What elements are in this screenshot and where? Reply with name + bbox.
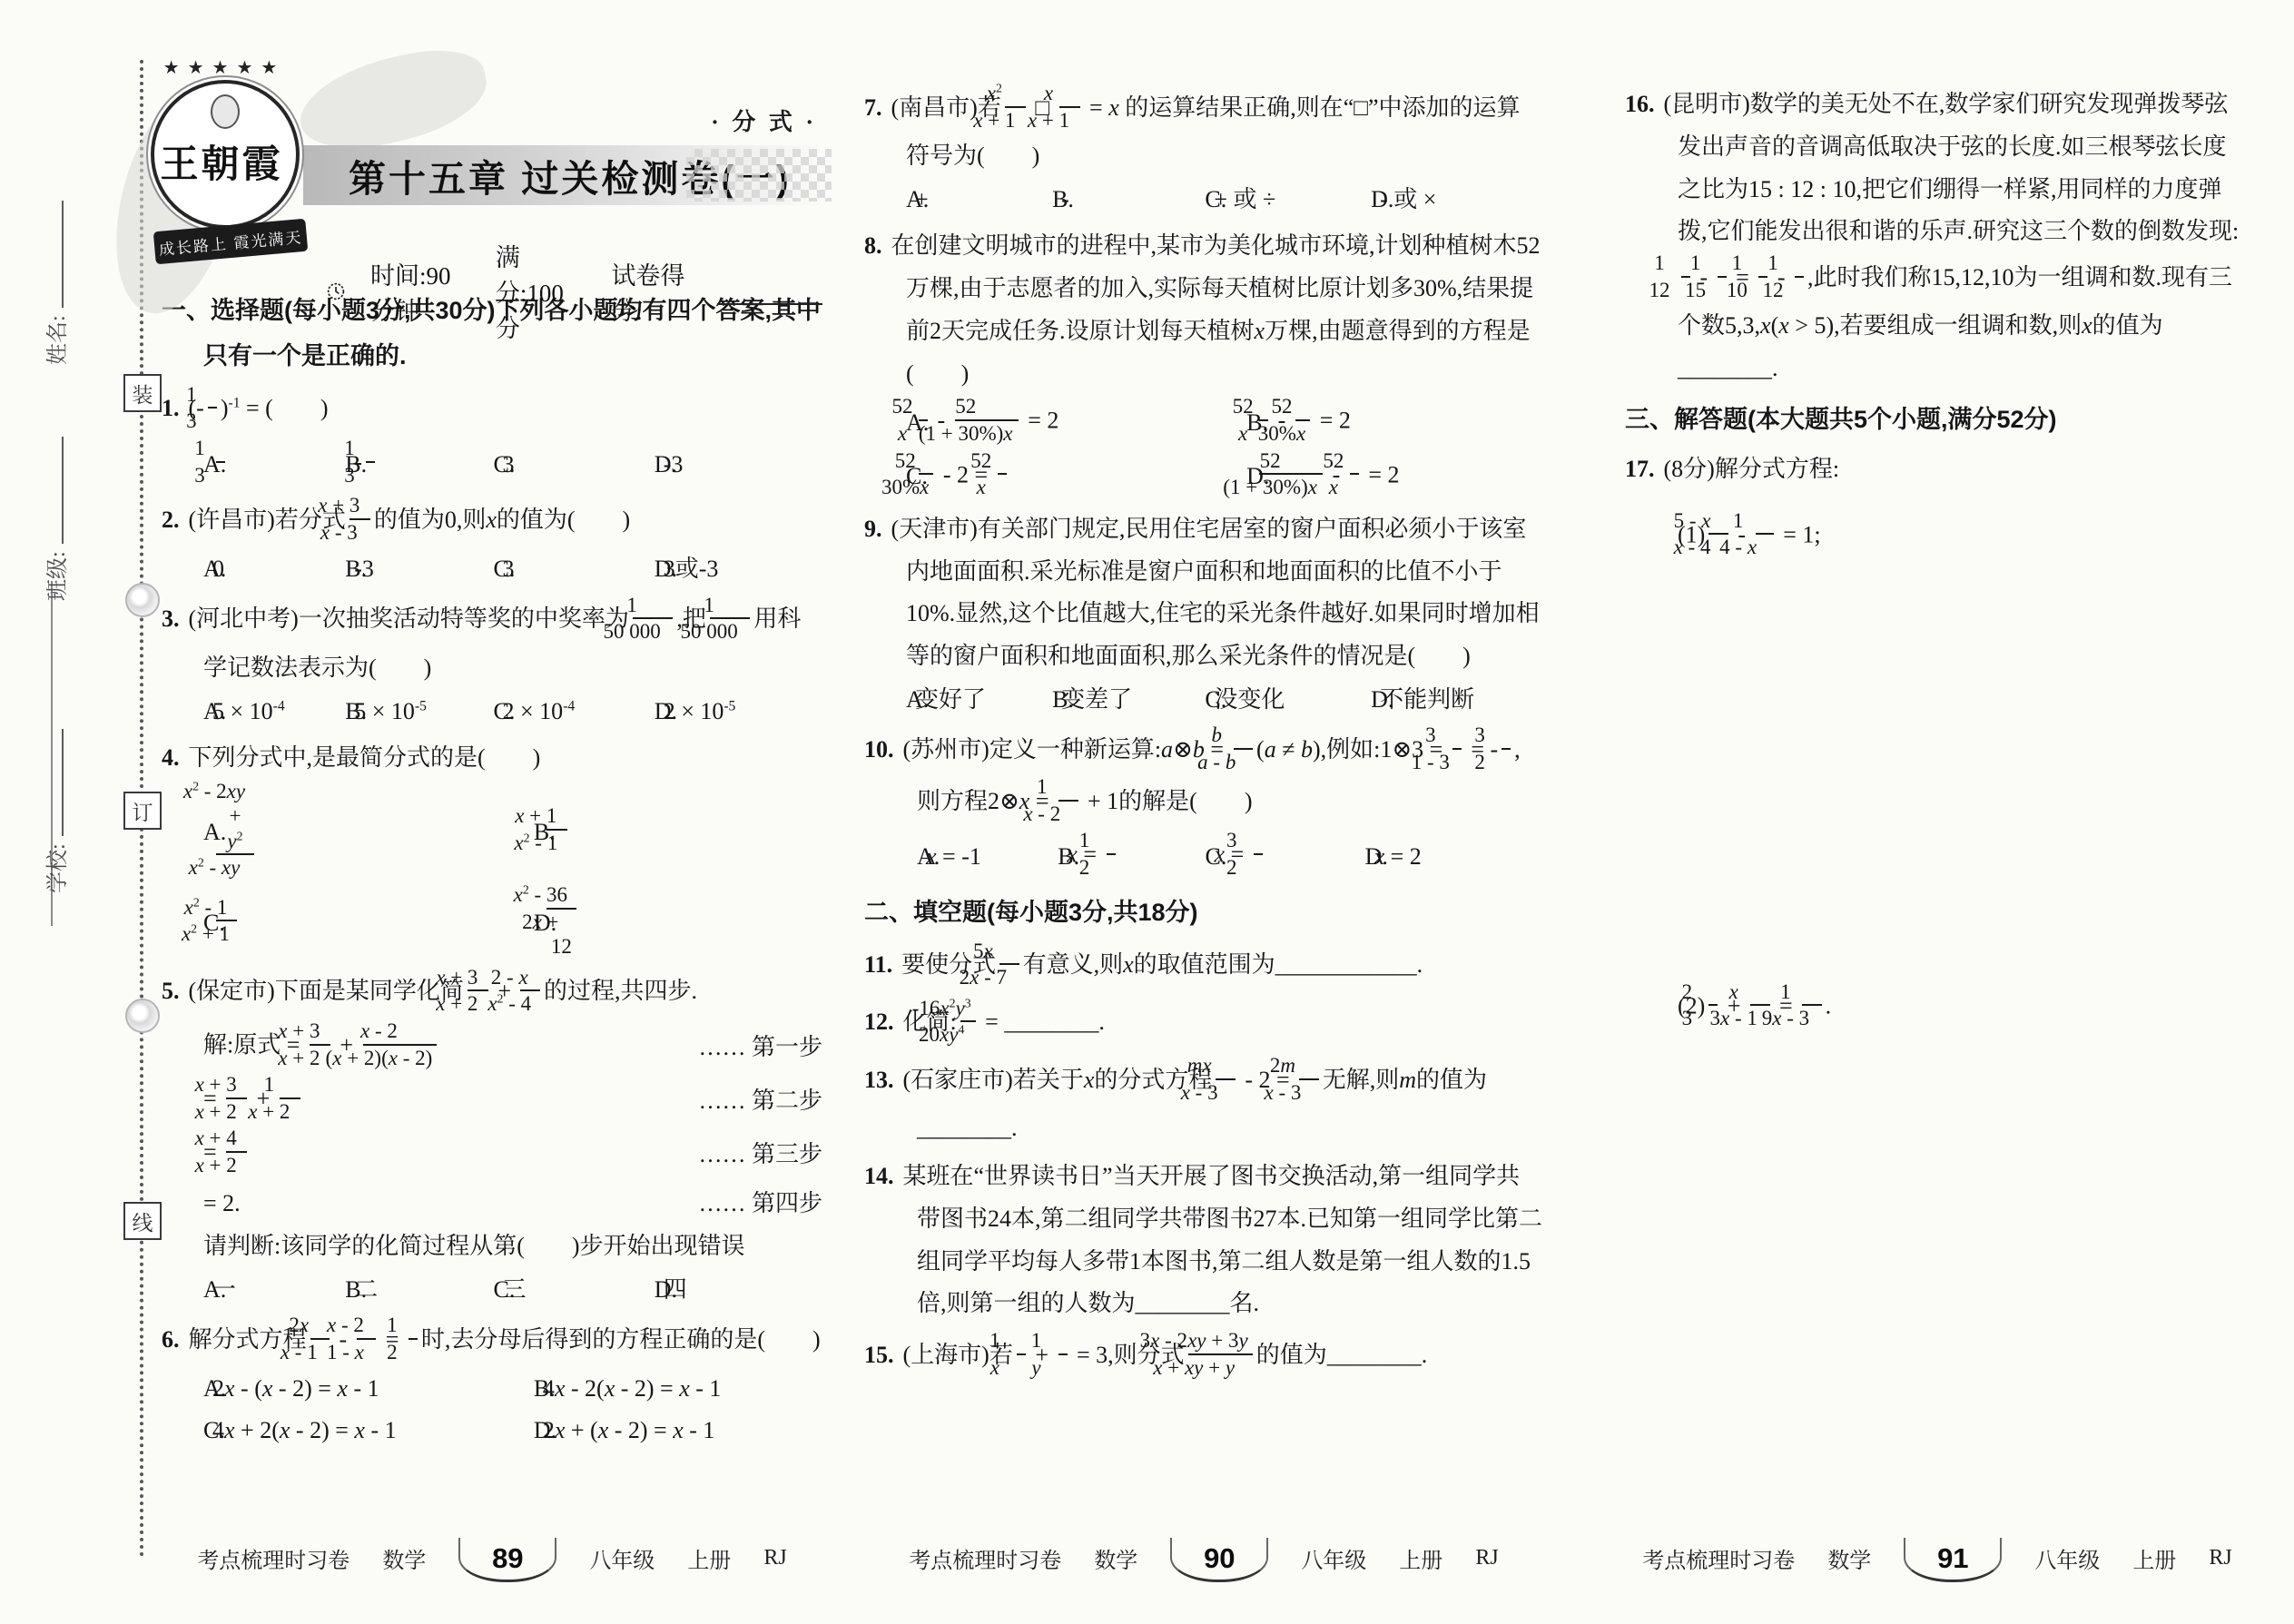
question-stem: (-13)-1 = ( ) — [189, 395, 329, 421]
page-number-badge: 91 — [1904, 1538, 2002, 1582]
question-number: 13. — [864, 1067, 894, 1093]
question-stem: (石家庄市)若关于x的分式方程mxx - 3 - 2 = 2mx - 3无解,则… — [903, 1067, 1488, 1142]
question-stem: 某班在“世界读书日”当天开展了图书交换活动,第一组同学共带图书24本,第二组同学… — [903, 1163, 1543, 1316]
section-3-heading: 三、解答题(本大题共5个小题,满分52分) — [1625, 398, 2250, 443]
options-grid: A.52x - 52(1 + 30%)x = 2B.52x - 5230%x =… — [948, 397, 1543, 502]
option-value: + 或 ÷ — [1255, 180, 1279, 220]
score-blank — [717, 278, 822, 305]
option-D: D.52(1 + 30%)x - 52x = 2 — [1288, 451, 1543, 503]
simplify-step-4: = 2.…… 第四步 — [245, 1183, 822, 1225]
option-A: A.52x - 52(1 + 30%)x = 2 — [948, 397, 1279, 448]
option-value: x2 - 2xy + y2x2 - xy — [254, 782, 287, 883]
footer-edition: RJ — [1475, 1546, 1498, 1570]
page-number-badge: 90 — [1170, 1538, 1268, 1582]
portrait-icon — [211, 94, 240, 129]
footer-grade: 八年级 — [2034, 1542, 2100, 1574]
question-number: 7. — [864, 94, 882, 121]
footer-edition: RJ — [2209, 1546, 2231, 1570]
question-number: 6. — [162, 1326, 180, 1353]
footer-book: 考点梳理时习卷 — [1642, 1542, 1795, 1574]
question-number: 17. — [1625, 456, 1655, 482]
option-D: D.2x + (x - 2) = x - 1 — [576, 1411, 822, 1451]
question-10: 10.(苏州市)定义一种新运算:a⊗b = ba - b(a ≠ b),例如:1… — [864, 725, 1543, 883]
footer-book: 考点梳理时习卷 — [909, 1542, 1061, 1574]
page-90-column: 7.(南昌市)若x2x + 1 □ xx + 1 = x 的运算结果正确,则在“… — [864, 84, 1543, 1388]
question-number: 1. — [162, 395, 180, 421]
options-grid: A.2x - (x - 2) = x - 1B.4x - 2(x - 2) = … — [245, 1369, 822, 1451]
question-12: 12.化简:-16x2y320xy4 = ________. — [864, 999, 1543, 1050]
option-value: x = 12 — [1119, 831, 1136, 882]
question-7: 7.(南昌市)若x2x + 1 □ xx + 1 = x 的运算结果正确,则在“… — [864, 84, 1543, 220]
option-D: D.3或-3 — [696, 549, 822, 589]
question-stem: (上海市)若1x + 1y = 3,则分式3x - 2xy + 3yx + xy… — [903, 1342, 1428, 1368]
question-6: 6.解分式方程2xx - 1 - x - 21 - x = 12时,去分母后得到… — [162, 1315, 822, 1452]
option-D: D.不能判断 — [1413, 680, 1543, 720]
binding-mark-xian: 线 — [123, 1202, 162, 1240]
page-number-badge: 89 — [458, 1538, 556, 1582]
question-17: 17.(8分)解分式方程: (1)5 - xx - 4 - 14 - x = 1… — [1625, 448, 2250, 1034]
option-value: x = -1 — [979, 837, 999, 877]
simplify-step-3: = x + 4x + 2…… 第三步 — [245, 1128, 822, 1180]
option-value: 3或-3 — [705, 549, 749, 589]
footer-subject: 数学 — [382, 1542, 426, 1574]
options-row: A.x = -1B.x = 12C.x = 32D.x = 2 — [970, 831, 1543, 882]
option-value: - 或 × — [1422, 180, 1436, 220]
meta-score-label: 试卷得分: — [611, 256, 692, 327]
question-stem: (保定市)下面是某同学化简x + 3x + 2 + 2 - xx2 - 4的过程… — [189, 978, 698, 1004]
checker-decoration — [686, 149, 832, 202]
question-number: 15. — [864, 1342, 894, 1368]
option-value: x = 32 — [1267, 831, 1284, 882]
options-row: A.+B.-C.+ 或 ÷D.- 或 × — [948, 180, 1543, 220]
school-field: 学校: — [42, 703, 71, 893]
option-value: 5230%x - 2 = 52x — [957, 451, 1010, 503]
options-grid: A.x2 - 2xy + y2x2 - xyB.x + 1x2 - 1C.x2 … — [245, 782, 822, 962]
page-footer: 考点梳理时习卷 数学 91 八年级 上册 RJ — [1625, 1536, 2250, 1580]
options-row: A.变好了B.变差了C.没变化D.不能判断 — [948, 680, 1543, 720]
option-value: 4x + 2(x - 2) = x - 1 — [254, 1411, 397, 1451]
clock-icon — [327, 280, 345, 303]
question-5: 5.(保定市)下面是某同学化简x + 3x + 2 + 2 - xx2 - 4的… — [162, 968, 822, 1310]
page-footer: 考点梳理时习卷 数学 89 八年级 上册 RJ — [162, 1536, 822, 1580]
step-math: = x + 4x + 2 — [245, 1128, 273, 1180]
question-number: 2. — [162, 507, 180, 533]
footer-volume: 上册 — [1399, 1542, 1442, 1574]
paper-header: 第十五章 过关检测卷(一) · 分 式 · ★★★★★ 王朝霞 成长路上 霞光满… — [162, 53, 822, 281]
meta-time: 时间:90分钟 — [370, 256, 470, 327]
question-stem: (许昌市)若分式x + 3x - 3的值为0,则x的值为( ) — [189, 507, 631, 533]
option-value: 2 × 10-4 — [545, 692, 580, 732]
options-row: A.一B.二C.三D.四 — [245, 1270, 822, 1310]
option-B: B.52x - 5230%x = 2 — [1288, 397, 1543, 448]
option-value: 2 × 10-5 — [705, 692, 741, 732]
options-row: A.0B.-3C.3D.3或-3 — [245, 549, 822, 589]
logo-brand: 王朝霞 — [151, 134, 292, 189]
question-number: 16. — [1625, 91, 1655, 117]
question-stem: (昆明市)数学的美无处不在,数学家们研究发现弹拨琴弦发出声音的音调高低取决于弦的… — [1664, 91, 2240, 381]
footer-subject: 数学 — [1827, 1542, 1871, 1574]
question-stem: 化简:-16x2y320xy4 = ________. — [903, 1009, 1105, 1035]
question-4: 4.下列分式中,是最简分式的是( ) A.x2 - 2xy + y2x2 - x… — [162, 737, 822, 962]
page-91-column: 16.(昆明市)数学的美无处不在,数学家们研究发现弹拨琴弦发出声音的音调高低取决… — [1625, 84, 2250, 1039]
footer-book: 考点梳理时习卷 — [197, 1542, 350, 1574]
option-value: 4x - 2(x - 2) = x - 1 — [585, 1369, 722, 1409]
page-89-column: 第十五章 过关检测卷(一) · 分 式 · ★★★★★ 王朝霞 成长路上 霞光满… — [162, 53, 822, 1457]
step-label: …… 第一步 — [740, 1027, 822, 1068]
meta-fullscore: 满分:100分 — [496, 238, 586, 344]
step-label: …… 第二步 — [740, 1080, 822, 1122]
question-stem: 在创建文明城市的进程中,某市为美化城市环境,计划种植树木52万棵,由于志愿者的加… — [891, 232, 1541, 386]
flower-ornament-icon — [125, 999, 160, 1033]
option-value: 52(1 + 30%)x - 52x = 2 — [1297, 451, 1399, 503]
question-stem: (河北中考)一次抽奖活动特等奖的中奖率为150 000,把150 000用科学记… — [189, 605, 802, 681]
simplify-step-2: = x + 3x + 2 + 1x + 2…… 第二步 — [245, 1075, 822, 1127]
class-field: 班级: — [42, 410, 71, 601]
option-value: -13 — [396, 438, 412, 490]
section-2-heading: 二、填空题(每小题3分,共18分) — [864, 891, 1543, 936]
name-field: 姓名: — [42, 174, 71, 365]
footer-volume: 上册 — [687, 1542, 731, 1574]
options-row: A.5 × 10-4B.5 × 10-5C.2 × 10-4D.2 × 10-5 — [245, 692, 822, 732]
judge-line: 请判断:该同学的化简过程从第( )步开始出现错误 — [245, 1225, 822, 1268]
option-value: 2x + (x - 2) = x - 1 — [585, 1411, 715, 1451]
footer-edition: RJ — [763, 1546, 786, 1570]
simplify-step-1: 解:原式 = x + 3x + 2 + x - 2(x + 2)(x - 2)…… — [245, 1021, 822, 1073]
option-value: 52x - 52(1 + 30%)x = 2 — [957, 397, 1058, 448]
step-label: …… 第三步 — [740, 1134, 822, 1176]
option-value: 没变化 — [1255, 680, 1285, 720]
exam-meta-row: 时间:90分钟 满分:100分 试卷得分: — [327, 238, 822, 344]
step-label: …… 第四步 — [740, 1183, 822, 1225]
step-math: 解:原式 = x + 3x + 2 + x - 2(x + 2)(x - 2) — [245, 1021, 440, 1073]
option-D: D.2 × 10-5 — [696, 692, 822, 732]
option-D: D.x = 2 — [1418, 831, 1543, 882]
name-label: 姓名: — [39, 315, 71, 365]
option-D: D.四 — [696, 1270, 822, 1310]
question-number: 8. — [864, 232, 882, 259]
publisher-logo: ★★★★★ 王朝霞 成长路上 霞光满天 — [123, 58, 332, 276]
page-footer: 考点梳理时习卷 数学 90 八年级 上册 RJ — [864, 1536, 1543, 1580]
equation-1: (1)5 - xx - 4 - 14 - x = 1; — [1730, 511, 2250, 563]
footer-volume: 上册 — [2132, 1542, 2176, 1574]
option-B: B.4x - 2(x - 2) = x - 1 — [576, 1369, 822, 1409]
question-11: 11.要使分式5x2x - 7有意义,则x的取值范围为____________. — [864, 941, 1543, 993]
footer-grade: 八年级 — [589, 1542, 655, 1574]
footer-subject: 数学 — [1094, 1542, 1137, 1574]
option-value: 变好了 — [957, 680, 986, 720]
question-stem: 解分式方程2xx - 1 - x - 21 - x = 12时,去分母后得到的方… — [189, 1326, 821, 1353]
option-value: 变差了 — [1103, 680, 1132, 720]
question-3: 3.(河北中考)一次抽奖活动特等奖的中奖率为150 000,把150 000用科… — [162, 595, 822, 732]
option-B: B.x + 1x2 - 1 — [576, 782, 822, 883]
stars-icon: ★★★★★ — [147, 56, 301, 79]
question-9: 9.(天津市)有关部门规定,民用住宅居室的窗户面积必须小于该室内地面面积.采光标… — [864, 508, 1543, 720]
question-stem: (南昌市)若x2x + 1 □ xx + 1 = x 的运算结果正确,则在“□”… — [891, 94, 1521, 170]
question-15: 15.(上海市)若1x + 1y = 3,则分式3x - 2xy + 3yx +… — [864, 1331, 1543, 1383]
question-stem: 下列分式中,是最简分式的是( ) — [189, 744, 541, 771]
question-stem: (天津市)有关部门规定,民用住宅居室的窗户面积必须小于该室内地面面积.采光标准是… — [891, 516, 1540, 669]
option-D: D.-3 — [696, 438, 822, 490]
flower-ornament-icon — [125, 583, 160, 617]
school-label: 学校: — [39, 843, 71, 893]
option-D: D.- 或 × — [1413, 180, 1543, 220]
question-label: (8分)解分式方程: — [1664, 456, 1840, 482]
option-value: x = 2 — [1427, 837, 1441, 877]
exam-paper-scan: { "header": { "tag": "· 分 式 ·", "title":… — [0, 0, 2294, 1624]
option-value: 2x - (x - 2) = x - 1 — [254, 1369, 379, 1409]
name-blank-line — [58, 201, 64, 308]
option-D: D.x2 - 362x + 12 — [576, 885, 822, 962]
question-stem: (苏州市)定义一种新运算:a⊗b = ba - b(a ≠ b),例如:1⊗3 … — [903, 736, 1521, 814]
option-C: C.4x + 2(x - 2) = x - 1 — [245, 1411, 566, 1451]
option-value: 不能判断 — [1422, 680, 1474, 720]
question-number: 12. — [864, 1009, 894, 1035]
topic-tag: · 分 式 · — [711, 103, 817, 137]
option-A: A.2x - (x - 2) = x - 1 — [245, 1369, 566, 1409]
question-number: 4. — [162, 744, 180, 771]
question-2: 2.(许昌市)若分式x + 3x - 3的值为0,则x的值为( ) A.0B.-… — [162, 496, 822, 589]
logo-slogan-ribbon: 成长路上 霞光满天 — [153, 219, 308, 265]
binding-mark-ding: 订 — [123, 792, 162, 830]
class-label: 班级: — [39, 551, 71, 601]
options-row: A.13B.-13C.3D.-3 — [245, 438, 822, 490]
question-number: 9. — [864, 516, 882, 542]
binding-mark-zhuang: 装 — [123, 374, 162, 412]
question-number: 11. — [864, 951, 892, 978]
school-blank-line — [58, 729, 64, 836]
question-14: 14.某班在“世界读书日”当天开展了图书交换活动,第一组同学共带图书24本,第二… — [864, 1156, 1543, 1325]
question-8: 8.在创建文明城市的进程中,某市为美化城市环境,计划种植树木52万棵,由于志愿者… — [864, 225, 1543, 503]
step-math: = x + 3x + 2 + 1x + 2 — [245, 1075, 304, 1127]
question-16: 16.(昆明市)数学的美无处不在,数学家们研究发现弹拨琴弦发出声音的音调高低取决… — [1625, 84, 2250, 390]
question-number: 10. — [864, 736, 894, 763]
class-blank-line — [58, 437, 64, 544]
question-1: 1.(-13)-1 = ( ) A.13B.-13C.3D.-3 — [162, 385, 822, 490]
option-value: 5 × 10-4 — [254, 692, 290, 732]
option-value: 52x - 5230%x = 2 — [1297, 397, 1351, 448]
question-number: 3. — [162, 605, 180, 632]
question-13: 13.(石家庄市)若关于x的分式方程mxx - 3 - 2 = 2mx - 3无… — [864, 1056, 1543, 1150]
question-number: 14. — [864, 1163, 894, 1189]
equation-2: (2)23 + x3x - 1 = 19x - 3. — [1730, 982, 2250, 1034]
question-stem: 要使分式5x2x - 7有意义,则x的取值范围为____________. — [901, 951, 1423, 978]
option-value: 5 × 10-5 — [396, 692, 431, 732]
question-number: 5. — [162, 978, 180, 1004]
footer-grade: 八年级 — [1301, 1542, 1366, 1574]
